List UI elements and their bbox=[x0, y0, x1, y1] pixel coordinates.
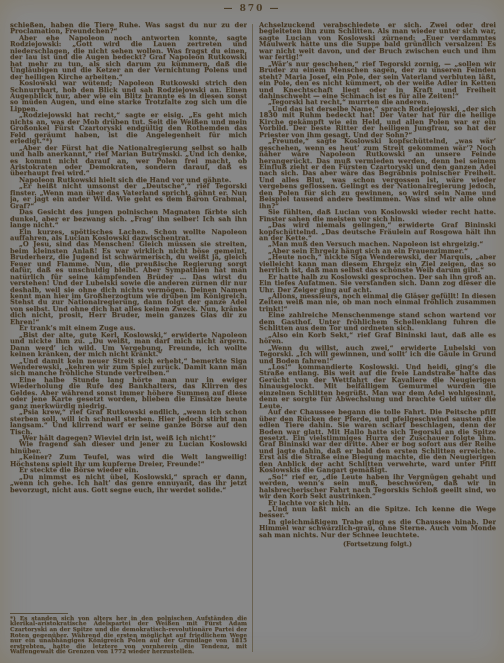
paragraph: „Also ein Korb Sekt,“ rief Graf Bininski… bbox=[259, 332, 496, 345]
paragraph: „Wenn du willst, auch zwei,“ erwiderte L… bbox=[259, 345, 496, 364]
text-column-left: schießen, haben die Tiere Ruhe. Was sags… bbox=[10, 22, 247, 656]
footnote-text: *) Es standen sich von alters her in den… bbox=[10, 617, 247, 656]
paragraph: „Freunde,“ sagte Koslowski kopfschütteln… bbox=[259, 138, 496, 209]
paragraph: „Rodziejowski hat recht,“ sagte er eisig… bbox=[10, 112, 247, 144]
paragraph: Achselzuckend verabschiedete er sich. Zw… bbox=[259, 22, 496, 61]
page-header: — 870 — bbox=[0, 4, 504, 14]
paragraph: „Aber der Fürst hat die Nationalregierun… bbox=[10, 145, 247, 177]
paragraph: „Allons, messieurs, noch einmal die Gläs… bbox=[259, 293, 496, 312]
paragraph: „Er heißt nicht umsonst der „Deutsche“,“… bbox=[10, 183, 247, 209]
text-column-right: Achselzuckend verabschiedete er sich. Zw… bbox=[259, 22, 496, 656]
continuation-note: (Fortsetzung folgt.) bbox=[259, 542, 496, 548]
paragraph: Auf der Chaussee begann die tolle Fahrt.… bbox=[259, 409, 496, 474]
paragraph: „Und damit kein neuer Streit sich erhebt… bbox=[10, 358, 247, 377]
paragraph: Eine halbe Stunde lang hörte man nur in … bbox=[10, 377, 247, 409]
paragraph: Eine zahlreiche Menschenmenge stand scho… bbox=[259, 312, 496, 331]
paragraph: Koslowski war wütend; Napoleon Rutkowski… bbox=[10, 80, 247, 112]
footnote-rule bbox=[10, 613, 68, 614]
paragraph: Aber ehe Napoleon noch antworten konnte,… bbox=[10, 35, 247, 80]
paragraph: „Und das ist derselbe Name,“ sprach Rodz… bbox=[259, 106, 496, 138]
paragraph: Das Gesicht des jungen polnischen Magnat… bbox=[10, 209, 247, 228]
page-number: — 870 — bbox=[223, 4, 280, 14]
paragraph: „Heute noch,“ nickte Siga Wenderewski, d… bbox=[259, 254, 496, 273]
paragraph: „Wär’s nur geschehen,“ rief Tegorski zor… bbox=[259, 61, 496, 100]
paragraph: „Psia krew,“ rief Graf Rutkowski endlich… bbox=[10, 409, 247, 435]
column-divider bbox=[247, 22, 259, 656]
paragraph: „Du nimmst es nicht übel, Koslowski,“ sp… bbox=[10, 474, 247, 493]
paragraph: schießen, haben die Tiere Ruhe. Was sags… bbox=[10, 22, 247, 35]
paragraph: Er hatte halb zu Koslowski gesprochen. D… bbox=[259, 274, 496, 293]
book-page: — 870 — schießen, haben die Tiere Ruhe. … bbox=[0, 0, 504, 663]
paragraph: „Das wird niemals gelingen,“ erwiderte G… bbox=[259, 222, 496, 241]
paragraph: „Los!“ kommandierte Koslowski. Und heidi… bbox=[259, 364, 496, 409]
paragraph: „Und nun laßt mich an die Spitze. Ich ke… bbox=[259, 506, 496, 519]
paragraph: „O Jesu, sind das Menschen! Gleich müsse… bbox=[10, 241, 247, 325]
footnote-block: *) Es standen sich von alters her in den… bbox=[10, 609, 247, 656]
paragraph: „Bist der alte, gute Kerl, Koslowski,“ e… bbox=[10, 332, 247, 358]
text-block: schießen, haben die Tiere Ruhe. Was sags… bbox=[10, 22, 496, 656]
paragraph: „So!“ rief er, „die Leute haben ihr Verg… bbox=[259, 474, 496, 500]
paragraph: In gleichmäßigem Trabe ging es die Chaus… bbox=[259, 519, 496, 538]
